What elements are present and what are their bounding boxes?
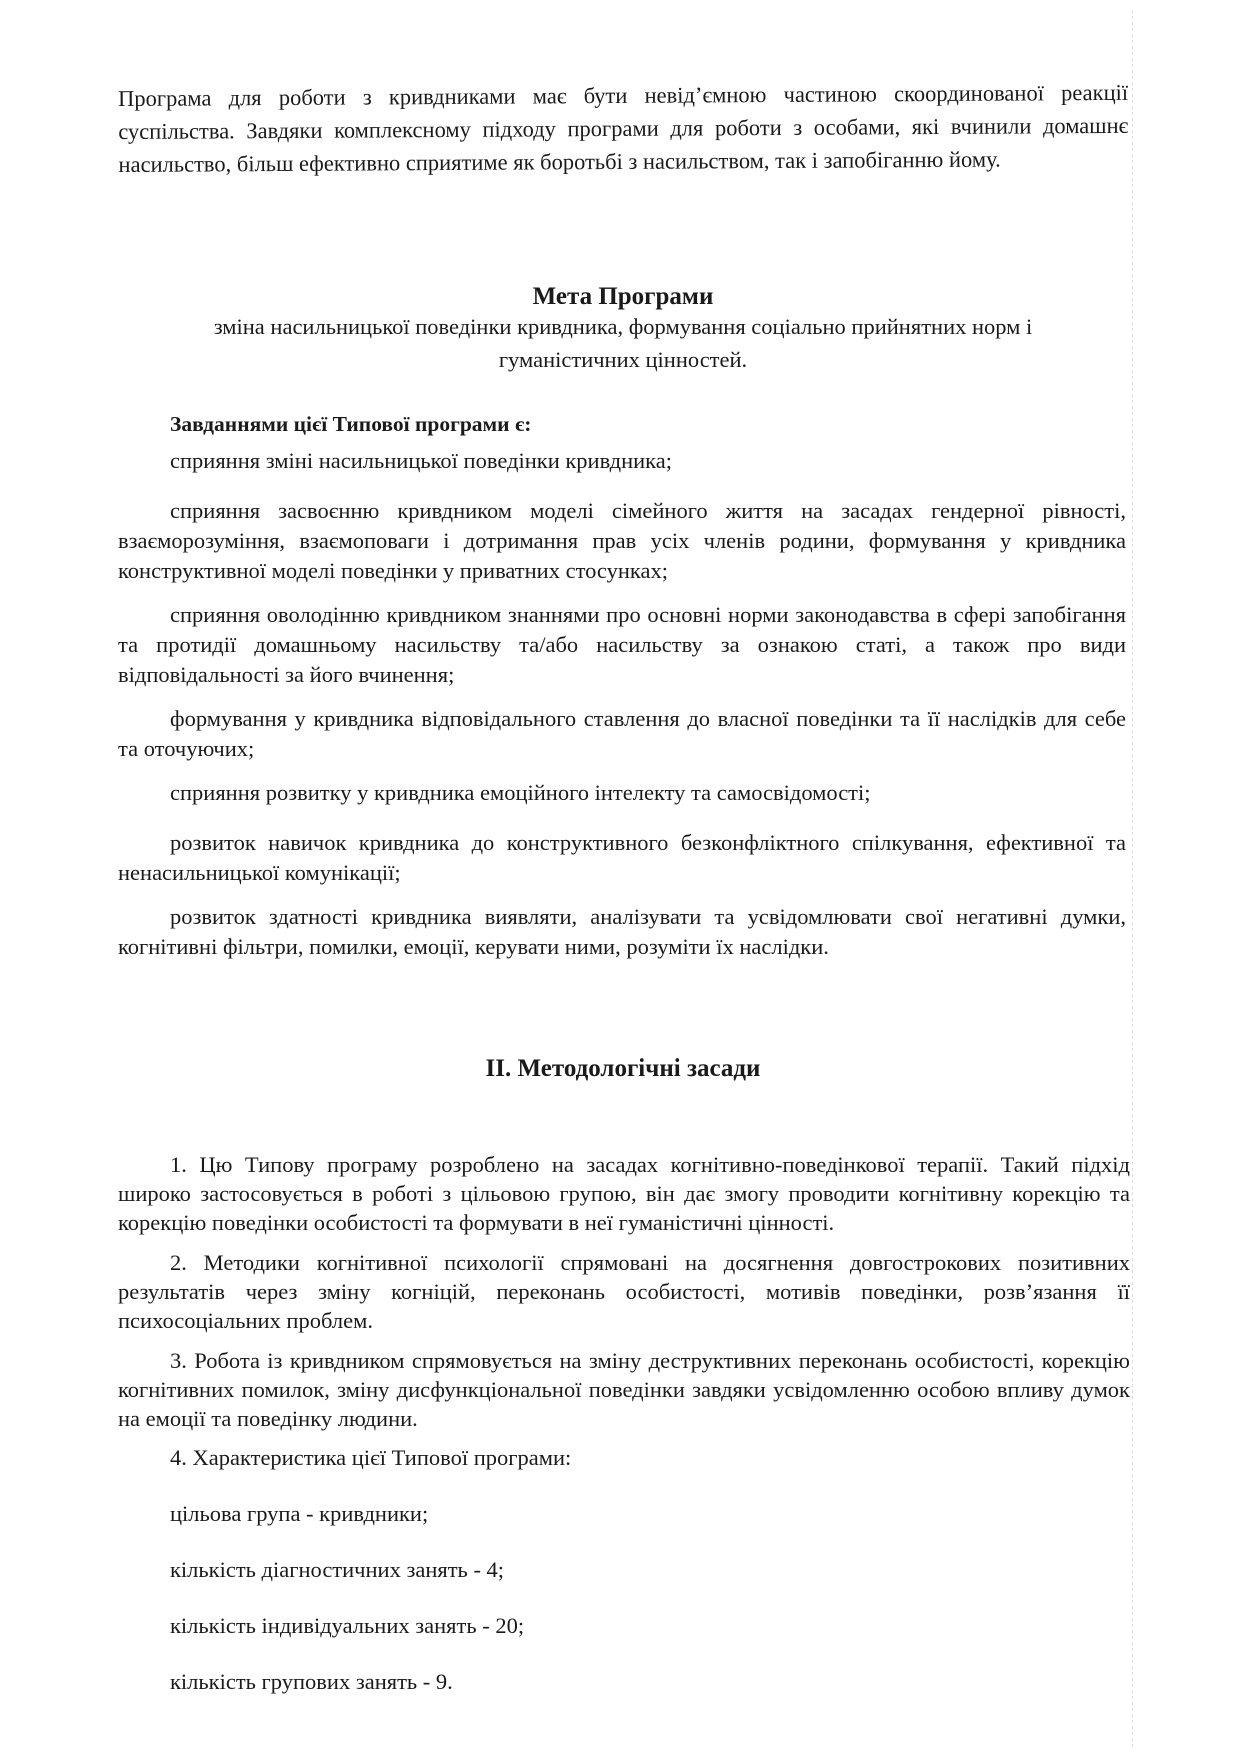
characteristic-item: цільова група - кривдники; (170, 1499, 428, 1529)
task-item: розвиток здатності кривдника виявляти, а… (118, 902, 1126, 962)
scan-edge-artifact (1132, 10, 1133, 1750)
document-page: Програма для роботи з кривдниками має бу… (0, 0, 1240, 1755)
intro-paragraph: Програма для роботи з кривдниками має бу… (118, 76, 1129, 181)
task-item: сприяння зміні насильницької поведінки к… (118, 446, 1126, 476)
methodology-paragraph: 3. Робота із кривдником спрямовується на… (118, 1346, 1130, 1433)
methodology-paragraph: 2. Методики когнітивної психології спрям… (118, 1248, 1130, 1335)
methodology-heading: ІІ. Методологічні засади (118, 1055, 1128, 1083)
methodology-paragraph: 1. Цю Типову програму розроблено на заса… (118, 1150, 1130, 1237)
characteristic-item: кількість індивідуальних занять - 20; (170, 1611, 524, 1641)
task-item: сприяння оволодінню кривдником знаннями … (118, 600, 1126, 690)
goal-text-line-1: зміна насильницької поведінки кривдника,… (118, 310, 1128, 343)
goal-text: зміна насильницької поведінки кривдника,… (118, 310, 1128, 376)
characteristic-item: кількість групових занять - 9. (170, 1667, 453, 1697)
task-item: сприяння засвоєнню кривдником моделі сім… (118, 496, 1126, 586)
task-item: формування у кривдника відповідального с… (118, 704, 1126, 764)
goal-heading: Мета Програми (118, 283, 1128, 311)
task-item: розвиток навичок кривдника до конструкти… (118, 828, 1126, 888)
goal-text-line-2: гуманістичних цінностей. (118, 343, 1128, 376)
tasks-heading: Завданнями цієї Типової програми є: (170, 412, 531, 437)
characteristic-item: кількість діагностичних занять - 4; (170, 1555, 504, 1585)
characteristics-heading: 4. Характеристика цієї Типової програми: (170, 1443, 571, 1473)
task-item: сприяння розвитку у кривдника емоційного… (118, 778, 1126, 808)
